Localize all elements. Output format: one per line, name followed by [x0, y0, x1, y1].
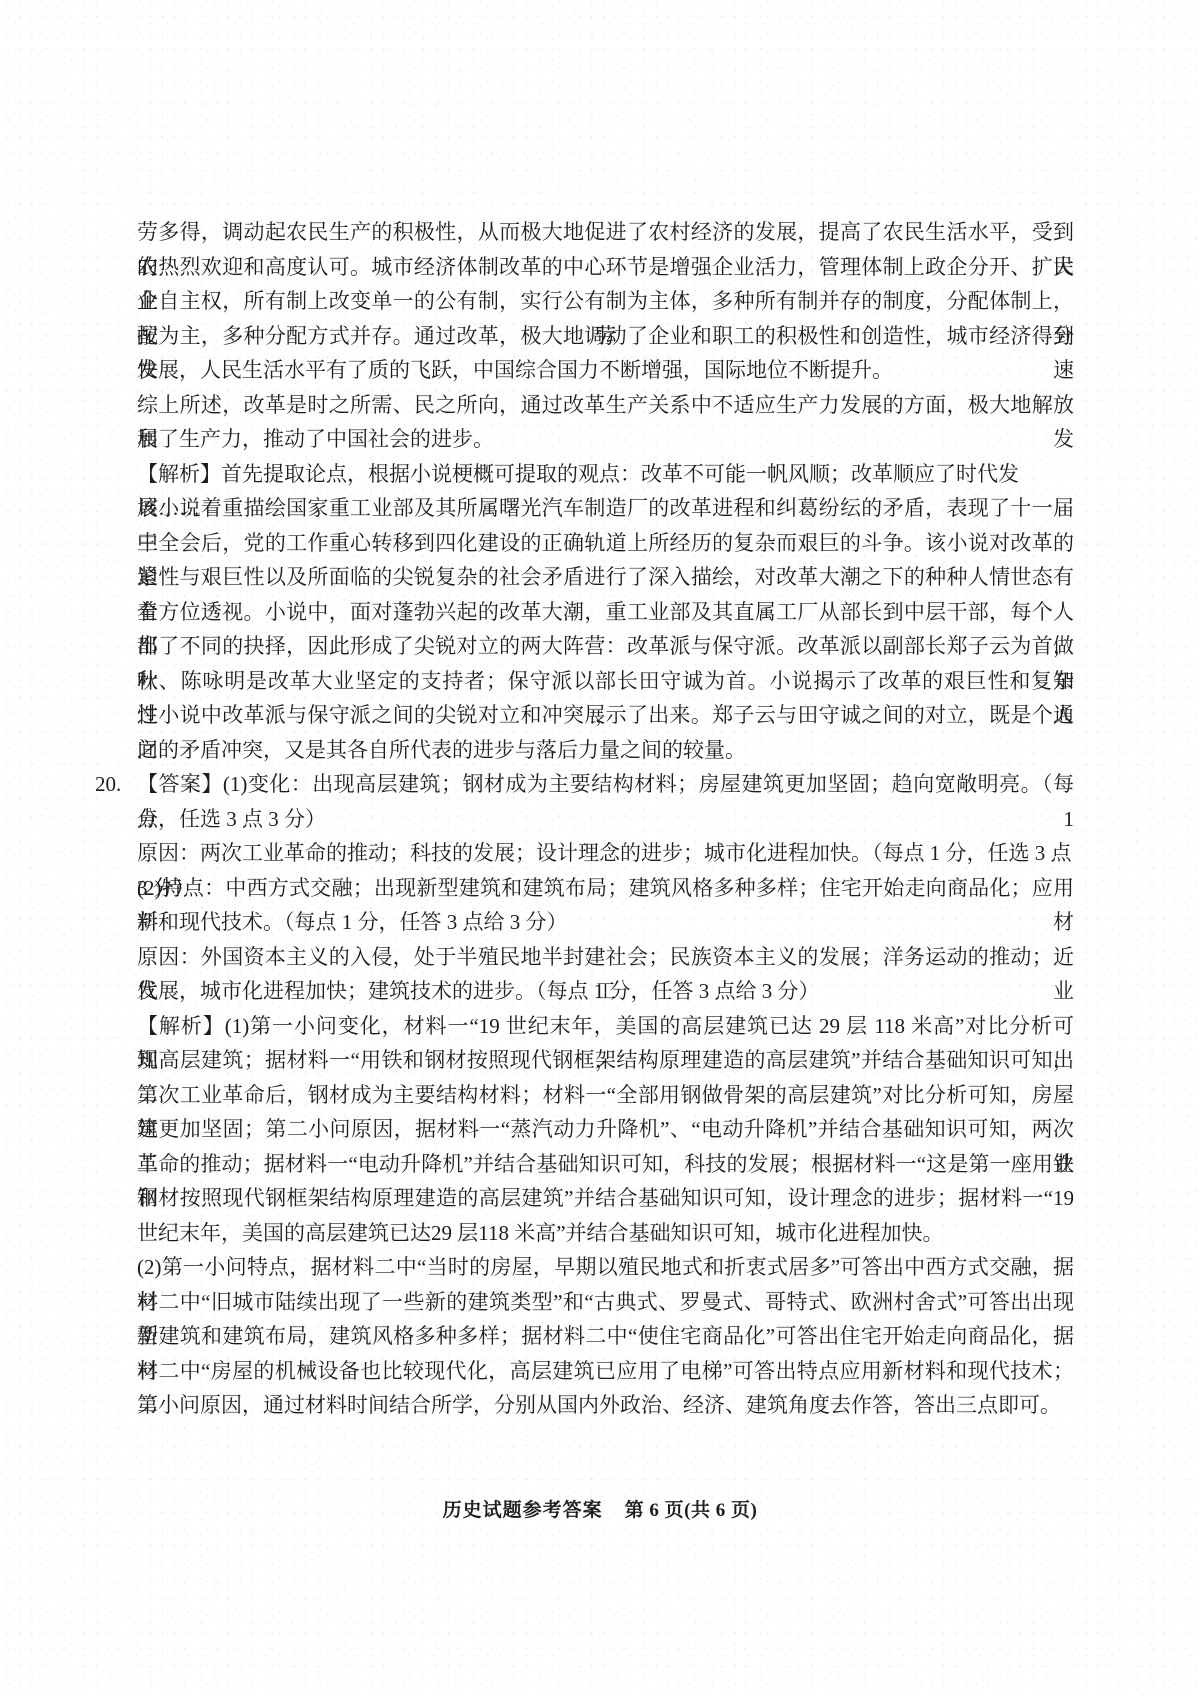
text-line: 业自主权，所有制上改变单一的公有制，实行公有制为主体，多种所有制并存的制度，分配… [137, 284, 1074, 319]
text-line: 20.【答案】(1)变化：出现高层建筑；钢材成为主要结构材料；房屋建筑更加坚固；… [137, 767, 1074, 802]
paragraph: 20.【答案】(1)变化：出现高层建筑；钢材成为主要结构材料；房屋建筑更加坚固；… [137, 767, 1074, 836]
paragraph: 【解析】首先提取论点，根据小说梗概可提取的观点：改革不可能一帆风顺；改革顺应了时… [137, 457, 1074, 492]
text-line: 的热烈欢迎和高度认可。城市经济体制改革的中心环节是增强企业活力，管理体制上政企分… [137, 250, 1074, 285]
text-line: (2)特点：中西方式交融；出现新型建筑和建筑布局；建筑风格多种多样；住宅开始走向… [137, 871, 1074, 906]
paragraph: (2)第一小问特点，据材料二中“当时的房屋，早期以殖民地式和折衷式居多”可答出中… [137, 1250, 1074, 1423]
text-line: 过小说中改革派与保守派之间的尖锐对立和冲突展示了出来。郑子云与田守诚之间的对立，… [137, 698, 1074, 733]
text-line: 劳多得，调动起农民生产的积极性，从而极大地促进了农村经济的发展，提高了农民生活水… [137, 215, 1074, 250]
text-line: 世纪末年，美国的高层建筑已达29 层118 米高”并结合基础知识可知，城市化进程… [137, 1216, 1074, 1251]
paragraph: 【解析】(1)第一小问变化，材料一“19 世纪末年，美国的高层建筑已达 29 层… [137, 1009, 1074, 1251]
text-line: 出了不同的抉择，因此形成了尖锐对立的两大阵营：改革派与保守派。改革派以副部长郑子… [137, 629, 1074, 664]
text-line: 钢材按照现代钢框架结构原理建造的高层建筑”并结合基础知识可知，设计理念的进步；据… [137, 1181, 1074, 1216]
text-line: 该小说着重描绘国家重工业部及其所属曙光汽车制造厂的改革进程和纠葛纷纭的矛盾，表现… [137, 491, 1074, 526]
text-line: 料二中“旧城市陆续出现了一些新的建筑类型”和“古典式、罗曼式、哥特式、欧洲村舍式… [137, 1285, 1074, 1320]
text-line: 展了生产力，推动了中国社会的进步。 [137, 422, 1074, 457]
text-line: 【解析】(1)第一小问变化，材料一“19 世纪末年，美国的高层建筑已达 29 层… [137, 1009, 1074, 1044]
text-line: 二次工业革命后，钢材成为主要结构材料；材料一“全部用钢做骨架的高层建筑”对比分析… [137, 1078, 1074, 1113]
page-footer: 历史试题参考答案第 6 页(共 6 页) [0, 1496, 1200, 1526]
paragraph: 原因：外国资本主义的入侵，处于半殖民地半封建社会；民族资本主义的发展；洋务运动的… [137, 940, 1074, 1009]
answer-sheet-content: 劳多得，调动起农民生产的积极性，从而极大地促进了农村经济的发展，提高了农民生活水… [137, 215, 1074, 1423]
text-line: (2)第一小问特点，据材料二中“当时的房屋，早期以殖民地式和折衷式居多”可答出中… [137, 1250, 1074, 1285]
text-line: 原因：外国资本主义的入侵，处于半殖民地半封建社会；民族资本主义的发展；洋务运动的… [137, 940, 1074, 975]
document-page: 劳多得，调动起农民生产的积极性，从而极大地促进了农村经济的发展，提高了农民生活水… [0, 0, 1200, 1697]
text-line: 料和现代技术。（每点 1 分，任答 3 点给 3 分） [137, 905, 1074, 940]
text-line: 综上所述，改革是时之所需、民之所向，通过改革生产关系中不适应生产力发展的方面，极… [137, 388, 1074, 423]
text-line: 发展，城市化进程加快；建筑技术的进步。（每点 1 分，任答 3 点给 3 分） [137, 974, 1074, 1009]
text-line: 分，任选 3 点 3 分） [137, 802, 1074, 837]
text-line: 秋、陈咏明是改革大业坚定的支持者；保守派以部长田守诚为首。小说揭示了改革的艰巨性… [137, 664, 1074, 699]
text-line: 二小问原因，通过材料时间结合所学，分别从国内外政治、经济、建筑角度去作答，答出三… [137, 1388, 1074, 1423]
text-line: 迫性与艰巨性以及所面临的尖锐复杂的社会矛盾进行了深入描绘，对改革大潮之下的种种人… [137, 560, 1074, 595]
text-line: 现高层建筑；据材料一“用铁和钢材按照现代钢框架结构原理建造的高层建筑”并结合基础… [137, 1043, 1074, 1078]
text-line: 【解析】首先提取论点，根据小说梗概可提取的观点：改革不可能一帆风顺；改革顺应了时… [137, 457, 1074, 492]
text-line: 中全会后，党的工作重心转移到四化建设的正确轨道上所经历的复杂而艰巨的斗争。该小说… [137, 526, 1074, 561]
paragraph: (2)特点：中西方式交融；出现新型建筑和建筑布局；建筑风格多种多样；住宅开始走向… [137, 871, 1074, 940]
text-line: 全方位透视。小说中，面对蓬勃兴起的改革大潮，重工业部及其直属工厂从部长到中层干部… [137, 595, 1074, 630]
footer-doc-title: 历史试题参考答案 [443, 1500, 603, 1521]
text-line: 原因：两次工业革命的推动；科技的发展；设计理念的进步；城市化进程加快。（每点 1… [137, 836, 1074, 871]
text-line: 间的矛盾冲突，又是其各自所代表的进步与落后力量之间的较量。 [137, 733, 1074, 768]
paragraph: 该小说着重描绘国家重工业部及其所属曙光汽车制造厂的改革进程和纠葛纷纭的矛盾，表现… [137, 491, 1074, 767]
text-line: 料二中“房屋的机械设备也比较现代化，高层建筑已应用了电梯”可答出特点应用新材料和… [137, 1354, 1074, 1389]
text-line: 革命的推动；据材料一“电动升降机”并结合基础知识可知，科技的发展；根据材料一“这… [137, 1147, 1074, 1182]
footer-page-info: 第 6 页(共 6 页) [625, 1500, 758, 1521]
paragraph: 劳多得，调动起农民生产的积极性，从而极大地促进了农村经济的发展，提高了农民生活水… [137, 215, 1074, 388]
question-number: 20. [95, 767, 121, 802]
text-line: 配为主，多种分配方式并存。通过改革，极大地调动了企业和职工的积极性和创造性，城市… [137, 319, 1074, 354]
text-line: 发展，人民生活水平有了质的飞跃，中国综合国力不断增强，国际地位不断提升。 [137, 353, 1074, 388]
text-line: 筑更加坚固；第二小问原因，据材料一“蒸汽动力升降机”、“电动升降机”并结合基础知… [137, 1112, 1074, 1147]
paragraph: 综上所述，改革是时之所需、民之所向，通过改革生产关系中不适应生产力发展的方面，极… [137, 388, 1074, 457]
paragraph: 原因：两次工业革命的推动；科技的发展；设计理念的进步；城市化进程加快。（每点 1… [137, 836, 1074, 871]
text-line: 型建筑和建筑布局，建筑风格多种多样；据材料二中“使住宅商品化”可答出住宅开始走向… [137, 1319, 1074, 1354]
